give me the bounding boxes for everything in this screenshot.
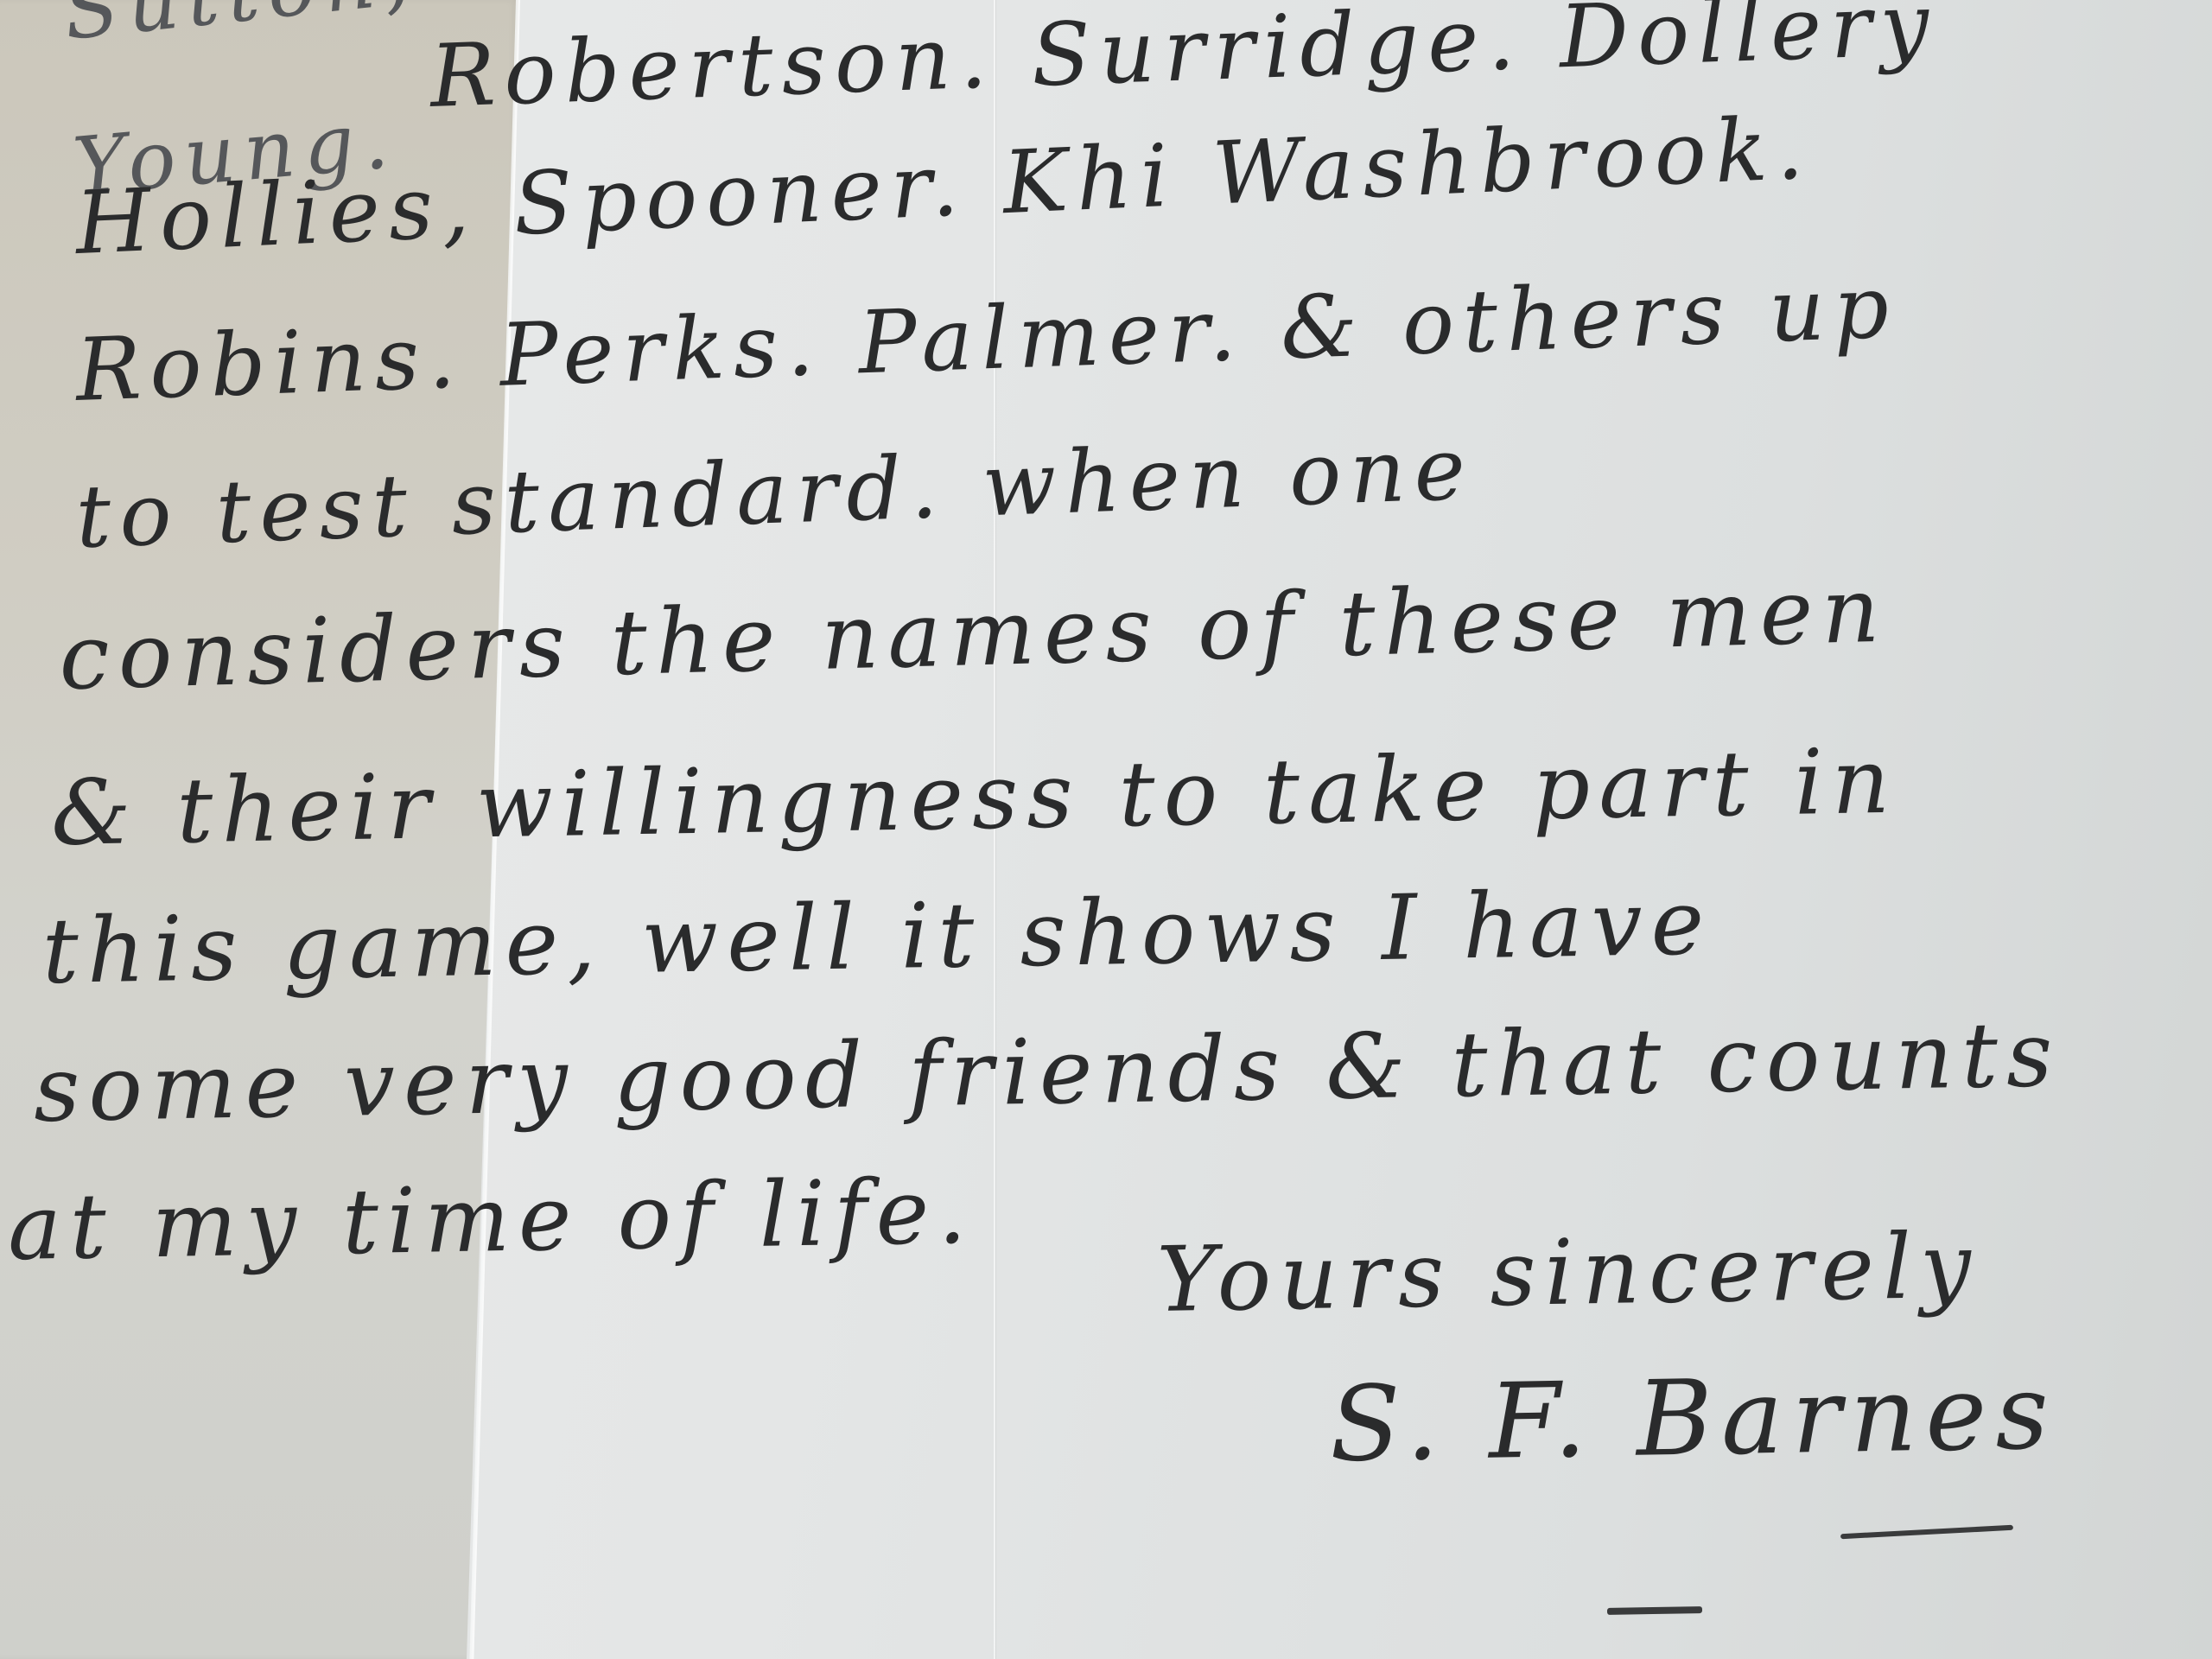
letter-signature: S. F. Barnes [1329, 1352, 2058, 1485]
letter-line-10: at my time of life. [7, 1158, 976, 1281]
letter-closing: Yours sincerely [1156, 1212, 1980, 1332]
